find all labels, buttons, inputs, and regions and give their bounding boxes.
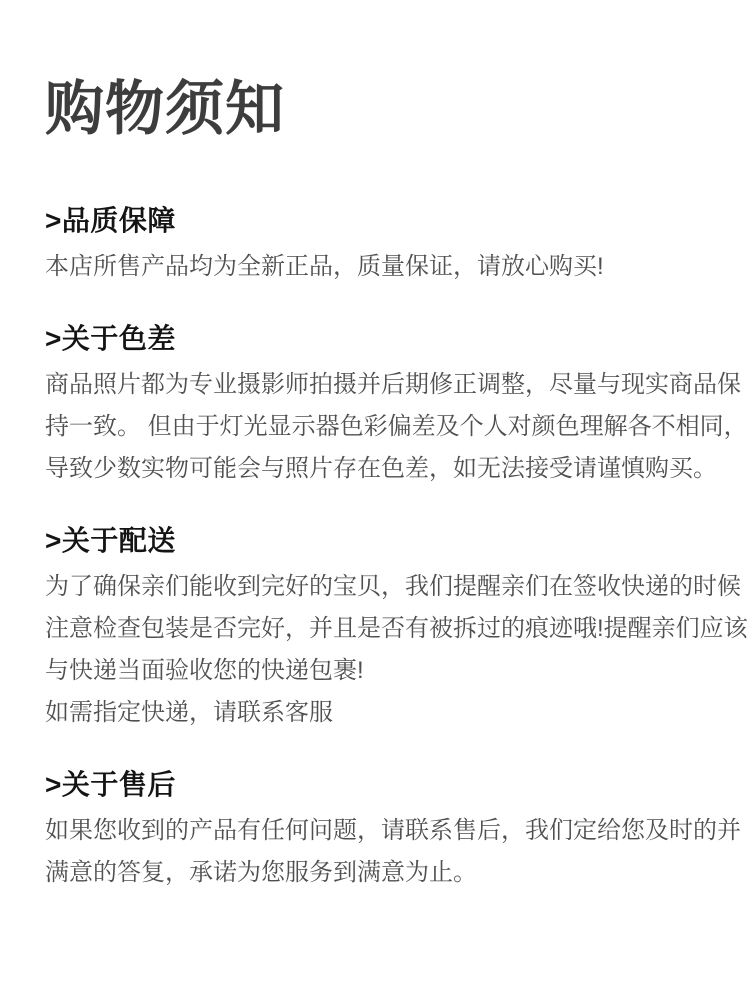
body-line: 如需指定快递，请联系客服 bbox=[45, 692, 715, 734]
body-line: 如果您收到的产品有任何问题，请联系售后，我们定给您及时的并 bbox=[45, 810, 715, 852]
section-body: 为了确保亲们能收到完好的宝贝，我们提醒亲们在签收快递的时候注意检查包装是否完好，… bbox=[45, 566, 715, 734]
section-heading: >关于配送 bbox=[45, 524, 715, 558]
section-body: 如果您收到的产品有任何问题，请联系售后，我们定给您及时的并满意的答复，承诺为您服… bbox=[45, 810, 715, 894]
body-line: 满意的答复，承诺为您服务到满意为止。 bbox=[45, 852, 715, 894]
body-line: 导致少数实物可能会与照片存在色差，如无法接受请谨慎购买。 bbox=[45, 448, 715, 490]
notice-section: >关于售后 如果您收到的产品有任何问题，请联系售后，我们定给您及时的并满意的答复… bbox=[45, 768, 715, 894]
section-heading: >关于售后 bbox=[45, 768, 715, 802]
body-line: 与快递当面验收您的快递包裹! bbox=[45, 650, 715, 692]
section-heading: >品质保障 bbox=[45, 204, 715, 238]
body-line: 持一致。 但由于灯光显示器色彩偏差及个人对颜色理解各不相同， bbox=[45, 406, 715, 448]
body-line: 商品照片都为专业摄影师拍摄并后期修正调整，尽量与现实商品保 bbox=[45, 364, 715, 406]
page-title: 购物须知 bbox=[45, 76, 705, 142]
body-line: 为了确保亲们能收到完好的宝贝，我们提醒亲们在签收快递的时候 bbox=[45, 566, 715, 608]
body-line: 注意检查包装是否完好，并且是否有被拆过的痕迹哦!提醒亲们应该 bbox=[45, 608, 715, 650]
section-heading: >关于色差 bbox=[45, 322, 715, 356]
notice-section: >品质保障 本店所售产品均为全新正品，质量保证，请放心购买! bbox=[45, 204, 715, 288]
notice-section: >关于色差 商品照片都为专业摄影师拍摄并后期修正调整，尽量与现实商品保持一致。 … bbox=[45, 322, 715, 490]
section-body: 商品照片都为专业摄影师拍摄并后期修正调整，尽量与现实商品保持一致。 但由于灯光显… bbox=[45, 364, 715, 490]
section-body: 本店所售产品均为全新正品，质量保证，请放心购买! bbox=[45, 246, 715, 288]
notice-sections: >品质保障 本店所售产品均为全新正品，质量保证，请放心购买! >关于色差 商品照… bbox=[0, 204, 750, 894]
shopping-notice-page: 购物须知 >品质保障 本店所售产品均为全新正品，质量保证，请放心购买! >关于色… bbox=[0, 76, 750, 894]
body-line: 本店所售产品均为全新正品，质量保证，请放心购买! bbox=[45, 246, 715, 288]
notice-section: >关于配送 为了确保亲们能收到完好的宝贝，我们提醒亲们在签收快递的时候注意检查包… bbox=[45, 524, 715, 734]
